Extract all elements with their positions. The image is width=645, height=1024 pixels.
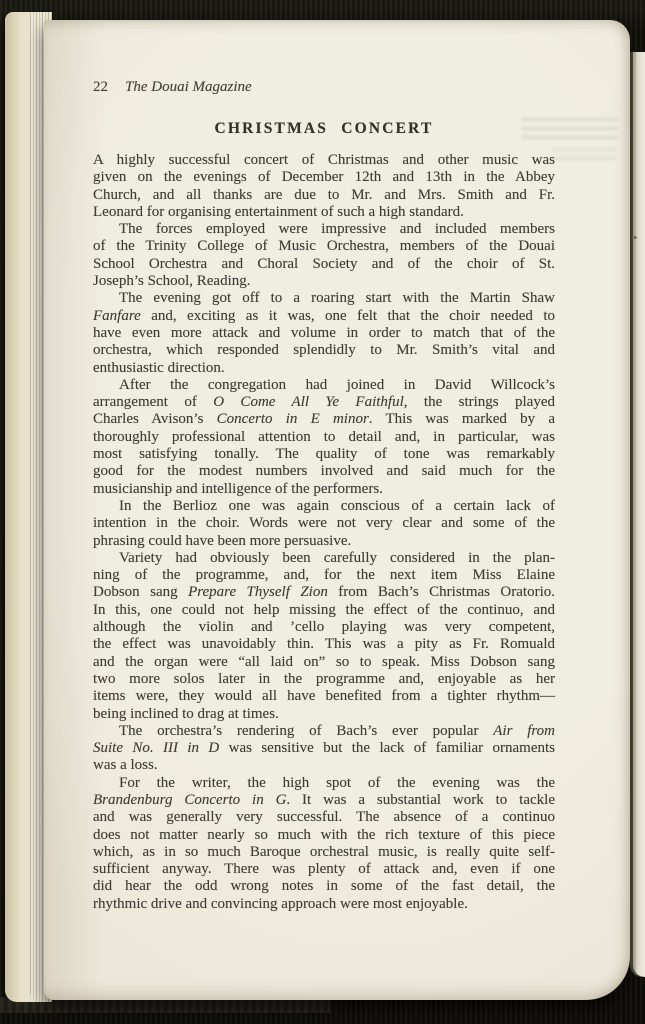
text-line: most satisfying tonally. The quality of … [93, 446, 555, 463]
text-line: In this, one could not help missing the … [93, 602, 555, 619]
text-line: have even more attack and volume in orde… [93, 325, 555, 342]
text-line: Fanfare and, exciting as it was, one fel… [93, 308, 555, 325]
text-line: sufficient anyway. There was plenty of a… [93, 861, 555, 878]
text-line: of the Trinity College of Music Orchestr… [93, 238, 555, 255]
show-through-smudge [552, 148, 616, 164]
text-line: Church, and all thanks are due to Mr. an… [93, 187, 555, 204]
text-line: intention in the choir. Words were not v… [93, 515, 555, 532]
text-line: items were, they would all have benefite… [93, 688, 555, 705]
text-line: orchestra, which responded splendidly to… [93, 342, 555, 359]
text-line: musicianship and intelligence of the per… [93, 481, 555, 498]
paragraph: After the congregation had joined in Dav… [93, 377, 555, 498]
paragraph: The orchestra’s rendering of Bach’s ever… [93, 723, 555, 775]
article-title: CHRISTMAS CONCERT [93, 119, 555, 139]
text-line: The orchestra’s rendering of Bach’s ever… [93, 723, 555, 740]
text-line: being inclined to drag at times. [93, 706, 555, 723]
magazine-title: The Douai Magazine [125, 78, 252, 96]
text-line: given on the evenings of December 12th a… [93, 169, 555, 186]
right-page-sliver [633, 52, 645, 977]
text-line: Brandenburg Concerto in G. It was a subs… [93, 792, 555, 809]
text-line: arrangement of O Come All Ye Faithful, t… [93, 394, 555, 411]
text-line: although the violin and ’cello playing w… [93, 619, 555, 636]
text-line: enthusiastic direction. [93, 360, 555, 377]
article-body: A highly successful concert of Christmas… [93, 152, 555, 913]
text-line: the effect was unavoidably thin. This wa… [93, 636, 555, 653]
text-line: For the writer, the high spot of the eve… [93, 775, 555, 792]
text-line: rhythmic drive and convincing approach w… [93, 896, 555, 913]
paragraph: In the Berlioz one was again conscious o… [93, 498, 555, 550]
text-line: which, as in so much Baroque orchestral … [93, 844, 555, 861]
text-line: good for the modest numbers involved and… [93, 463, 555, 480]
book-page: 22 The Douai Magazine CHRISTMAS CONCERT … [44, 20, 630, 1000]
text-line: and the organ were “all laid on” so to s… [93, 654, 555, 671]
text-line: Leonard for organising entertainment of … [93, 204, 555, 221]
page-header: 22 The Douai Magazine [93, 78, 555, 96]
text-line: Dobson sang Prepare Thyself Zion from Ba… [93, 584, 555, 601]
text-line: Joseph’s School, Reading. [93, 273, 555, 290]
text-line: Suite No. III in D was sensitive but the… [93, 740, 555, 757]
paragraph: The forces employed were impressive and … [93, 221, 555, 290]
text-line: School Orchestra and Choral Society and … [93, 256, 555, 273]
text-line: In the Berlioz one was again conscious o… [93, 498, 555, 515]
text-line: A highly successful concert of Christmas… [93, 152, 555, 169]
text-line: Charles Avison’s Concerto in E minor. Th… [93, 411, 555, 428]
text-line: and was generally very successful. The a… [93, 809, 555, 826]
paragraph: A highly successful concert of Christmas… [93, 152, 555, 221]
text-line: Variety had obviously been carefully con… [93, 550, 555, 567]
text-line: phrasing could have been more persuasive… [93, 533, 555, 550]
margin-speck [632, 236, 637, 239]
text-line: The evening got off to a roaring start w… [93, 290, 555, 307]
text-line: ning of the programme, and, for the next… [93, 567, 555, 584]
text-line: After the congregation had joined in Dav… [93, 377, 555, 394]
page-content: 22 The Douai Magazine CHRISTMAS CONCERT … [93, 78, 555, 913]
text-line: The forces employed were impressive and … [93, 221, 555, 238]
text-line: thoroughly professional attention to det… [93, 429, 555, 446]
text-line: two more solos later in the programme an… [93, 671, 555, 688]
paragraph: For the writer, the high spot of the eve… [93, 775, 555, 913]
text-line: does not matter nearly so much with the … [93, 827, 555, 844]
scan-background: 22 The Douai Magazine CHRISTMAS CONCERT … [0, 0, 645, 1024]
text-line: was a loss. [93, 757, 555, 774]
paragraph: The evening got off to a roaring start w… [93, 290, 555, 376]
paragraph: Variety had obviously been carefully con… [93, 550, 555, 723]
page-number: 22 [93, 78, 108, 96]
text-line: did hear the odd wrong notes in some of … [93, 878, 555, 895]
